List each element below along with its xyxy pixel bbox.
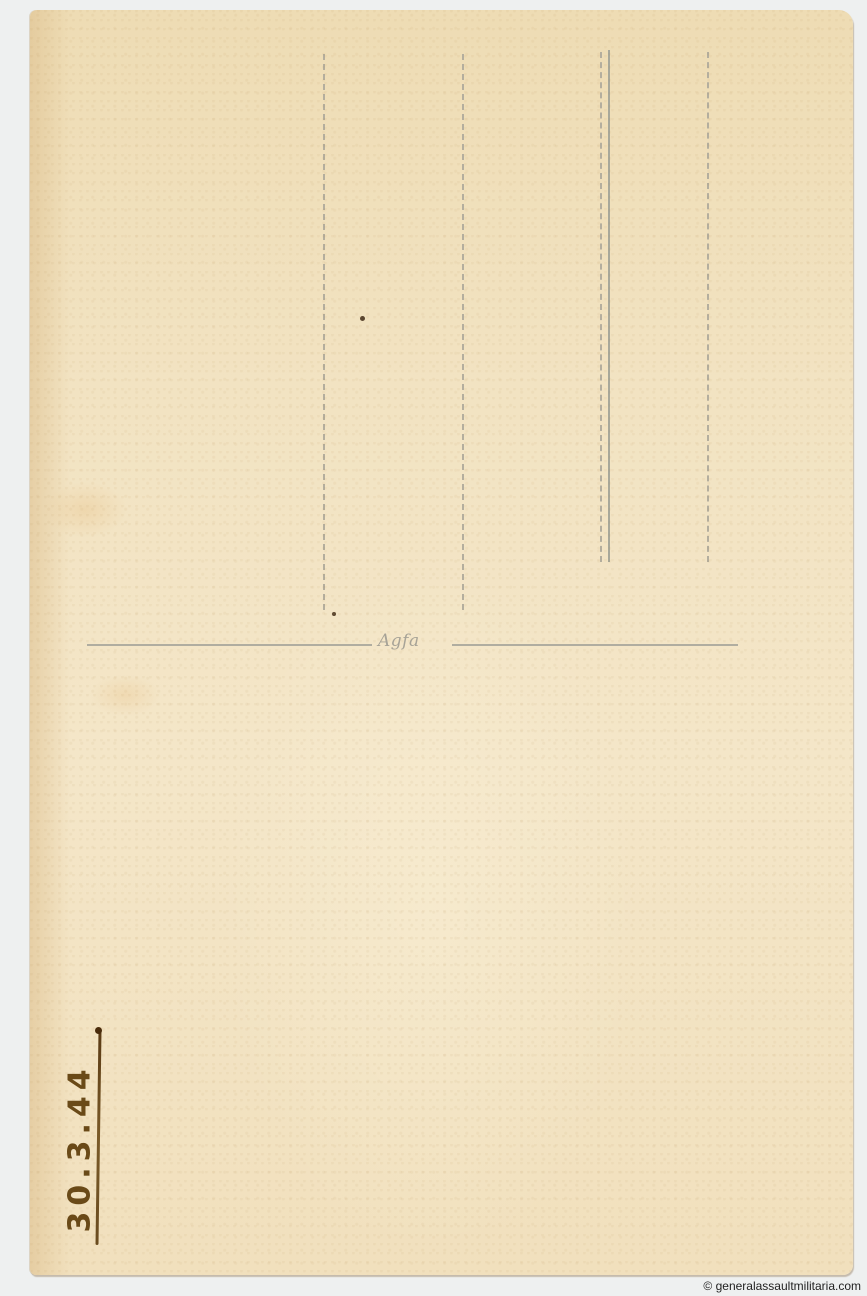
paper-speck	[332, 612, 336, 616]
postcard-back	[30, 10, 853, 1275]
copyright-watermark: © generalassaultmilitaria.com	[703, 1279, 861, 1293]
divider-line-right	[452, 644, 738, 646]
divider-line-left	[87, 644, 372, 646]
brand-mark-agfa: Agfa	[378, 631, 420, 651]
stamp-guide-line-3	[600, 52, 602, 562]
stamp-guide-solid-line	[608, 50, 610, 562]
paper-speck	[360, 316, 365, 321]
ink-dot	[95, 1027, 102, 1034]
stamp-guide-line-4	[707, 52, 709, 562]
stamp-guide-line-2	[462, 54, 464, 610]
handwritten-date-text: 30.3.44	[63, 1073, 98, 1233]
stamp-guide-line-1	[323, 54, 325, 610]
